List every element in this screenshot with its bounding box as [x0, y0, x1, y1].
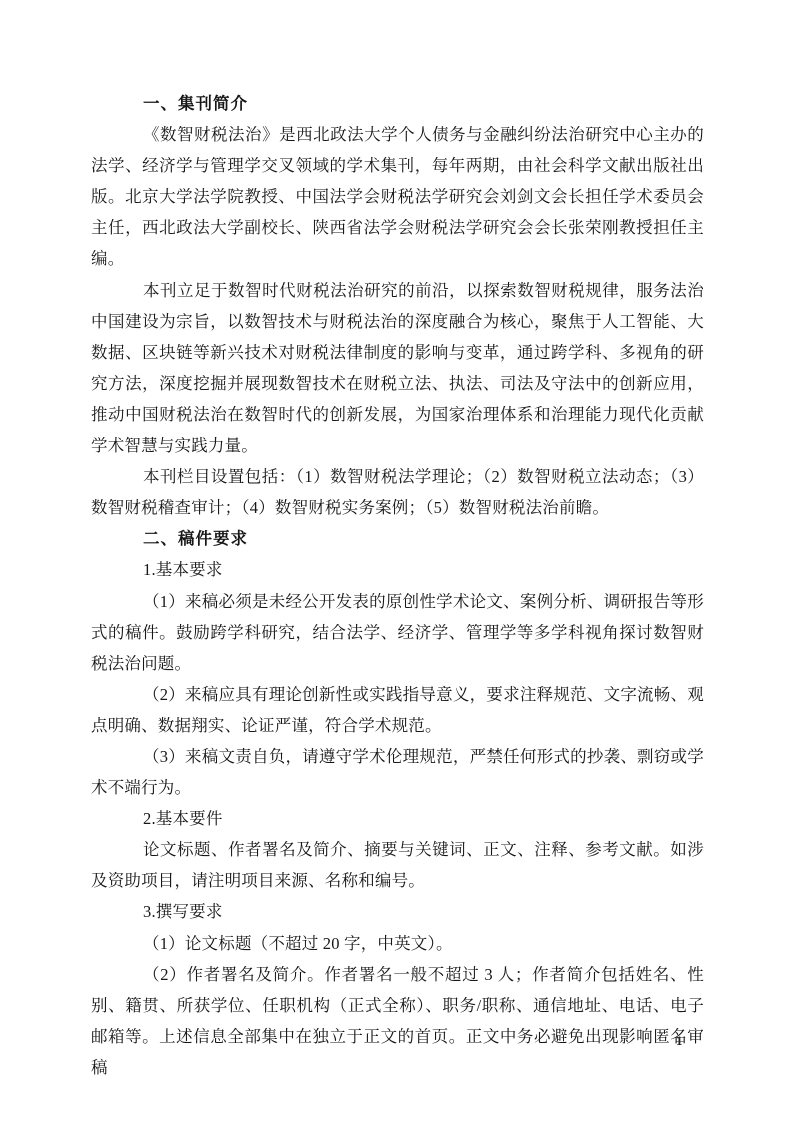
paragraph-journal-columns: 本刊栏目设置包括：（1）数智财税法学理论；（2）数智财税立法动态；（3）数智财税…: [91, 461, 704, 523]
paragraph-title-rule: （1）论文标题（不超过 20 字，中英文）。: [91, 928, 704, 959]
paragraph-requirement-1: （1）来稿必须是未经公开发表的原创性学术论文、案例分析、调研报告等形式的稿件。鼓…: [91, 586, 704, 679]
document-body: 一、集刊简介 《数智财税法治》是西北政法大学个人债务与金融纠纷法治研究中心主办的…: [91, 88, 704, 1083]
section-1-heading: 一、集刊简介: [91, 88, 704, 119]
subheading-basic-requirements: 1.基本要求: [91, 554, 704, 585]
paragraph-author-rule: （2）作者署名及简介。作者署名一般不超过 3 人；作者简介包括姓名、性别、籍贯、…: [91, 959, 704, 1083]
page-number: 1: [676, 1033, 683, 1049]
paragraph-journal-intro: 《数智财税法治》是西北政法大学个人债务与金融纠纷法治研究中心主办的法学、经济学与…: [91, 119, 704, 274]
paragraph-journal-mission: 本刊立足于数智时代财税法治研究的前沿，以探索数智财税规律，服务法治中国建设为宗旨…: [91, 275, 704, 462]
paragraph-requirement-3: （3）来稿文责自负，请遵守学术伦理规范，严禁任何形式的抄袭、剽窃或学术不端行为。: [91, 741, 704, 803]
section-2-heading: 二、稿件要求: [91, 523, 704, 554]
paragraph-elements-list: 论文标题、作者署名及简介、摘要与关键词、正文、注释、参考文献。如涉及资助项目，请…: [91, 834, 704, 896]
paragraph-requirement-2: （2）来稿应具有理论创新性或实践指导意义，要求注释规范、文字流畅、观点明确、数据…: [91, 679, 704, 741]
subheading-writing-requirements: 3.撰写要求: [91, 896, 704, 927]
subheading-basic-elements: 2.基本要件: [91, 803, 704, 834]
document-page: 一、集刊简介 《数智财税法治》是西北政法大学个人债务与金融纠纷法治研究中心主办的…: [0, 0, 793, 1122]
